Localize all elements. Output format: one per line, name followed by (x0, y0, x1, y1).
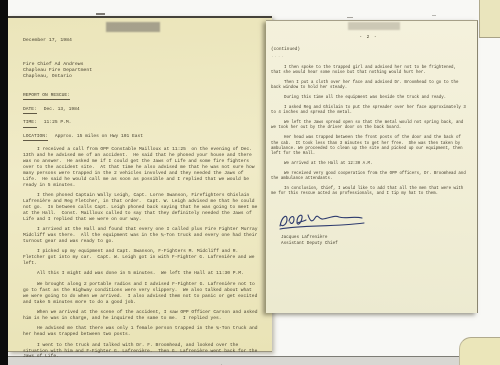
scan-speck (96, 13, 105, 15)
report-paragraph: I received a call from OPP Constable Mai… (23, 147, 259, 188)
page-number: - 2 - (271, 35, 466, 40)
report-paragraph: Then I put a cloth over her face and adv… (271, 81, 466, 91)
signature-block: Jacques Lafrenière Assistant Deputy Chie… (275, 210, 466, 247)
report-paragraph: In conclusion, Chief, I would like to ad… (271, 187, 466, 197)
meta-location-value: Approx. 15 miles on Hwy 101 East (55, 134, 143, 139)
meta-time: TIME:11:25 P.M. (23, 120, 259, 127)
report-paragraph: We brought along 2 portable radios and I… (23, 282, 259, 306)
scan-speck (432, 15, 436, 16)
signer-name: Jacques Lafrenière (281, 235, 466, 241)
handwritten-dots: .... (271, 55, 466, 60)
report-paragraph: I arrived at the Hall and found that eve… (23, 227, 259, 245)
report-page-2: - 2 - (continued) .... I then spoke to t… (266, 20, 478, 313)
scan-speck (347, 17, 353, 18)
report-paragraph: When we arrived at the scene of the acci… (23, 310, 259, 322)
meta-location-label: LOCATION: (23, 134, 48, 141)
meta-date: DATE:Dec. 13, 1984 (23, 107, 259, 114)
report-paragraph: We left the Jaws spread open so that the… (271, 121, 466, 131)
scanned-document: December 17, 1984 Fire Chief Ad Andrews … (0, 0, 500, 365)
report-paragraph: I asked Reg and Ghislain to put the spre… (271, 106, 466, 116)
report-paragraph: I then spoke to the trapped girl and adv… (271, 66, 466, 76)
report-paragraph: All this I might add was done in 5 minut… (23, 271, 259, 277)
report-paragraph: I then phoned Captain Wally Leigh, Capt.… (23, 193, 259, 223)
redaction-smudge (106, 22, 160, 32)
report-page-1: December 17, 1984 Fire Chief Ad Andrews … (8, 16, 272, 352)
report-paragraph: Her head was trapped between the front p… (271, 136, 466, 157)
report-paragraph: During this time all the equipment was b… (271, 96, 466, 101)
meta-date-label: DATE: (23, 107, 37, 114)
report-paragraph: We arrived at the Hall at 12:30 A.M. (271, 162, 466, 167)
signer-title: Assistant Deputy Chief (281, 241, 466, 247)
paper-corner-top-right (479, 0, 500, 38)
meta-time-label: TIME: (23, 120, 37, 127)
film-strip (0, 0, 8, 365)
handwritten-signature (277, 210, 369, 234)
meta-location: LOCATION:Approx. 15 miles on Hwy 101 Eas… (23, 134, 259, 141)
report-paragraph: He advised me that there was only 1 fema… (23, 326, 259, 338)
report-heading: REPORT ON RESCUE: (23, 93, 259, 100)
redaction-smudge (348, 22, 400, 30)
letter-date: December 17, 1984 (23, 38, 259, 44)
report-paragraph: I went to the truck and talked with Dr. … (23, 343, 259, 361)
meta-date-value: Dec. 13, 1984 (44, 107, 80, 112)
meta-time-value: 11:25 P.M. (44, 120, 72, 125)
report-paragraph: I picked up my equipment and Capt. Swans… (23, 249, 259, 267)
continued-label: (continued) (271, 47, 466, 52)
paper-corner-bottom-right (459, 337, 500, 365)
report-paragraph: We received very good cooperation from t… (271, 172, 466, 182)
recipient-city: Chapleau, Ontario (23, 74, 259, 80)
